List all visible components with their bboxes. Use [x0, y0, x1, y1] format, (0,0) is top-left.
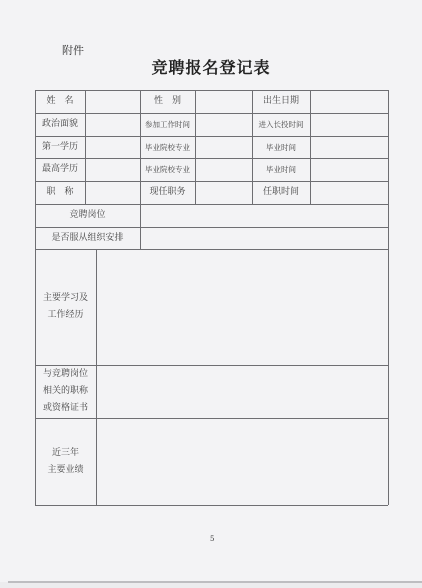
label-line: 主要业绩 — [47, 462, 83, 479]
study-work-experience-field[interactable] — [96, 249, 388, 365]
registration-form-table: 姓 名 性 别 出生日期 政治面貌 参加工作时间 进入长投时间 第一学历 毕业院… — [0, 0, 422, 588]
label-highest-school-major: 毕业院校专业 — [140, 158, 195, 181]
label-line: 相关的职称 — [43, 383, 88, 400]
highest-grad-date-field[interactable] — [310, 158, 388, 181]
label-line: 或资格证书 — [43, 400, 88, 417]
label-obey-arrangement: 是否服从组织安排 — [35, 227, 140, 249]
label-political-status: 政治面貌 — [35, 113, 85, 136]
highest-degree-field[interactable] — [85, 158, 140, 181]
page-number: 5 — [210, 535, 214, 543]
label-line: 工作经历 — [47, 307, 83, 324]
label-birth-date: 出生日期 — [252, 90, 310, 113]
gender-field[interactable] — [195, 90, 252, 113]
label-work-start-date: 参加工作时间 — [140, 113, 195, 136]
work-start-date-field[interactable] — [195, 113, 252, 136]
tenure-date-field[interactable] — [310, 181, 388, 204]
highest-school-major-field[interactable] — [195, 158, 252, 181]
label-join-date: 进入长投时间 — [252, 113, 310, 136]
label-recent-performance: 近三年 主要业绩 — [35, 418, 96, 505]
first-school-major-field[interactable] — [195, 136, 252, 158]
related-certificates-field[interactable] — [96, 365, 388, 418]
professional-title-field[interactable] — [85, 181, 140, 204]
name-field[interactable] — [85, 90, 140, 113]
label-professional-title: 职 称 — [35, 181, 85, 204]
label-highest-grad-date: 毕业时间 — [252, 158, 310, 181]
obey-arrangement-field[interactable] — [140, 227, 388, 249]
label-line: 主要学习及 — [43, 290, 88, 307]
join-date-field[interactable] — [310, 113, 388, 136]
applied-position-field[interactable] — [140, 204, 388, 227]
label-highest-degree: 最高学历 — [35, 158, 85, 181]
label-first-grad-date: 毕业时间 — [252, 136, 310, 158]
label-first-degree: 第一学历 — [35, 136, 85, 158]
label-line: 与竞聘岗位 — [43, 366, 88, 383]
label-current-position: 现任职务 — [140, 181, 195, 204]
label-tenure-date: 任职时间 — [252, 181, 310, 204]
current-position-field[interactable] — [195, 181, 252, 204]
political-status-field[interactable] — [85, 113, 140, 136]
label-gender: 性 别 — [140, 90, 195, 113]
first-degree-field[interactable] — [85, 136, 140, 158]
label-related-certificates: 与竞聘岗位 相关的职称 或资格证书 — [35, 365, 96, 418]
recent-performance-field[interactable] — [96, 418, 388, 505]
first-grad-date-field[interactable] — [310, 136, 388, 158]
birth-date-field[interactable] — [310, 90, 388, 113]
label-applied-position: 竞聘岗位 — [35, 204, 140, 227]
label-line: 近三年 — [52, 445, 79, 462]
label-name: 姓 名 — [35, 90, 85, 113]
label-study-work-experience: 主要学习及 工作经历 — [35, 249, 96, 365]
label-first-school-major: 毕业院校专业 — [140, 136, 195, 158]
